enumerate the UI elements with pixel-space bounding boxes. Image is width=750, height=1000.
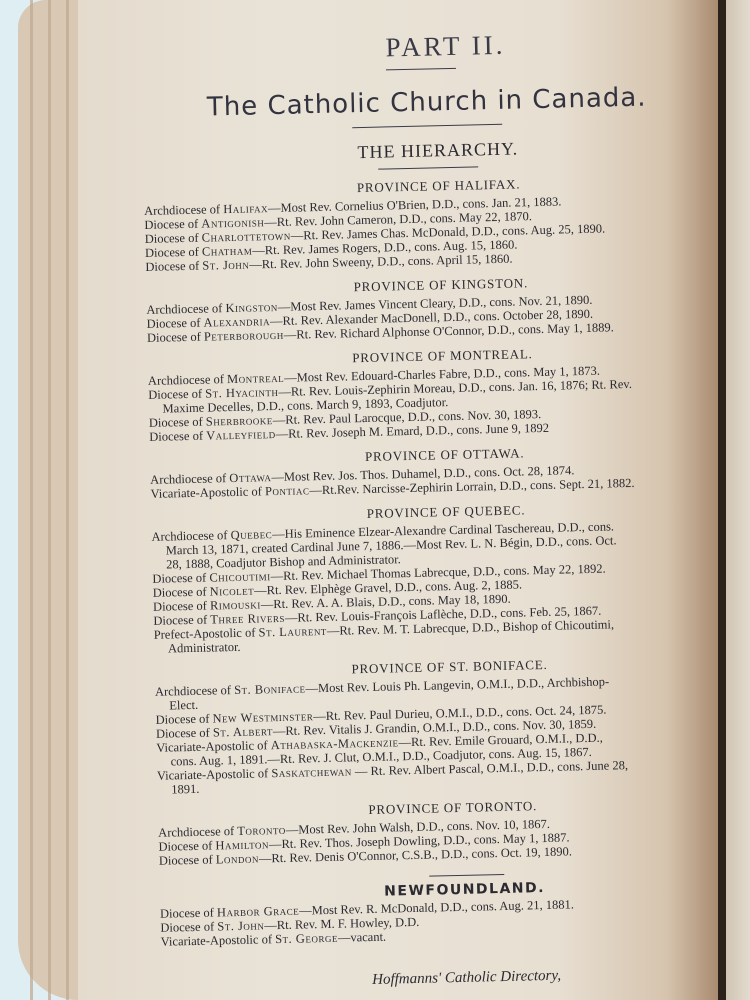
divider	[429, 874, 504, 877]
entry-type: Diocese of	[159, 852, 216, 867]
entry-type: Diocese of	[147, 316, 204, 331]
entry-type: Prefect-Apostolic of	[154, 625, 259, 641]
entry-type: Diocese of	[149, 415, 206, 430]
entry-type: Diocese of	[145, 259, 202, 274]
entry-place: St. George	[275, 931, 338, 946]
entry-place: St. Boniface	[234, 681, 306, 697]
entry-type: Diocese of	[153, 613, 210, 628]
entry-type: Diocese of	[152, 571, 209, 586]
province-section: PROVINCE OF ST. BONIFACE.Archdiocese of …	[154, 653, 727, 797]
page-edge	[66, 0, 69, 1000]
entry-place: Chicoutimi	[209, 569, 271, 584]
entry-text: 1891.	[171, 782, 199, 797]
entry-type: Diocese of	[147, 330, 204, 345]
entry-type: Diocese of	[160, 905, 217, 920]
entry-place: Halifax	[223, 201, 268, 216]
entry-place: St. John	[202, 258, 249, 273]
province-section: PROVINCE OF HALIFAX.Archdiocese of Halif…	[144, 172, 716, 274]
entry-place: Peterborough	[204, 328, 284, 344]
entry-place: Saskatchewan	[271, 764, 352, 780]
entry-text: Elect.	[169, 698, 198, 713]
entry-type: Diocese of	[145, 245, 202, 260]
entry-place: Antigonish	[201, 215, 264, 230]
entry-place: St. Laurent	[258, 624, 327, 640]
entry-type: Diocese of	[148, 387, 205, 402]
entry-type: Diocese of	[153, 585, 210, 600]
divider	[352, 124, 502, 128]
main-title: The Catholic Church in Canada.	[141, 81, 712, 124]
page-content: PART II. The Catholic Church in Canada. …	[140, 17, 732, 994]
part-title: PART II.	[180, 25, 711, 68]
entry-type: Vicariate-Apostolic of	[150, 484, 265, 501]
facing-page	[726, 0, 750, 1000]
page-edge	[48, 0, 51, 1000]
province-section: PROVINCE OF TORONTO.Archdiocese of Toron…	[158, 794, 729, 868]
entry-place: St. John	[217, 918, 264, 933]
province-section: PROVINCE OF OTTAWA.Archdiocese of Ottawa…	[150, 441, 721, 501]
entry-place: Quebec	[230, 527, 272, 542]
entry-type: Diocese of	[145, 231, 202, 246]
entry-place: Kingston	[225, 300, 278, 315]
entry-type: Diocese of	[156, 726, 213, 741]
entry-place: Sherbrooke	[206, 413, 273, 429]
provinces-list: PROVINCE OF HALIFAX.Archdiocese of Halif…	[144, 172, 729, 868]
province-section: PROVINCE OF KINGSTON.Archdiocese of King…	[146, 271, 717, 345]
page-edge	[30, 0, 33, 1000]
divider	[386, 68, 456, 71]
entry-type: Diocese of	[149, 429, 206, 444]
entry-place: Ottawa	[229, 470, 271, 485]
province-section: PROVINCE OF QUEBEC.Archdiocese of Quebec…	[151, 498, 724, 656]
entry-text: Administrator.	[168, 640, 241, 656]
entry-place: Rimouski	[210, 597, 261, 612]
section-title: THE HIERARCHY.	[163, 134, 713, 167]
entry-place: St. Albert	[213, 724, 273, 739]
entry-place: Pontiac	[265, 483, 310, 498]
entry-place: Toronto	[237, 823, 286, 838]
entry-text: —vacant.	[338, 930, 387, 945]
entry-type: Vicariate-Apostolic of	[157, 766, 272, 783]
entry-place: Hamilton	[215, 837, 269, 852]
entry-place: Montreal	[227, 371, 284, 386]
entry-place: Alexandria	[203, 314, 270, 330]
entry-type: Diocese of	[144, 217, 201, 232]
entry-type: Diocese of	[158, 839, 215, 854]
entry-type: Archdiocese of	[155, 683, 234, 699]
entry-place: Valleyfield	[206, 427, 276, 443]
province-section: PROVINCE OF MONTREAL.Archdiocese of Mont…	[147, 342, 719, 444]
entry-place: London	[216, 852, 259, 867]
entry-type: Diocese of	[153, 599, 210, 614]
entry-type: Diocese of	[160, 919, 217, 934]
entry-place: Chatham	[202, 244, 253, 259]
entry-type: Diocese of	[155, 712, 212, 727]
divider	[378, 166, 478, 169]
entry-place: Nicolet	[210, 584, 255, 599]
entry-type: Vicariate-Apostolic of	[161, 932, 276, 949]
